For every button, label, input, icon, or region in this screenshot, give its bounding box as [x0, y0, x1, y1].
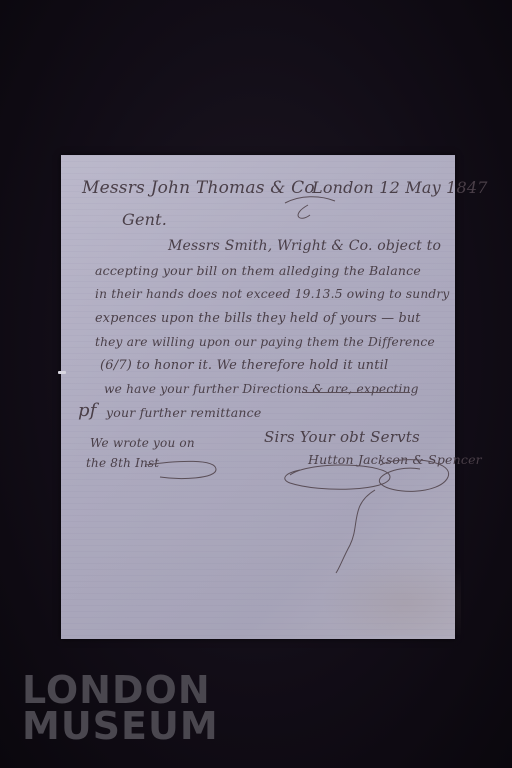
ink-dash — [302, 392, 410, 393]
body-line: they are willing upon our paying them th… — [95, 335, 435, 349]
body-line: accepting your bill on them alledging th… — [95, 263, 421, 278]
body-line: we have your further Directions & are, e… — [104, 382, 419, 396]
date-flourish-icon — [280, 165, 340, 225]
body-line: Messrs Smith, Wright & Co. object to — [168, 238, 441, 254]
body-line: in their hands does not exceed 19.13.5 o… — [95, 287, 449, 301]
archive-photo-slide: Messrs John Thomas & Co London 12 May 18… — [0, 0, 512, 768]
paper-edge-mark — [58, 371, 66, 374]
marginal-mark: pf — [78, 400, 97, 421]
signature-flourish-icon — [280, 455, 460, 585]
marginal-note-line: We wrote you on — [90, 436, 195, 450]
logo-line-2: MUSEUM — [22, 708, 219, 744]
closing: Sirs Your obt Servts — [264, 428, 420, 446]
london-museum-logo: LONDON MUSEUM — [22, 672, 219, 744]
body-line: expences upon the bills they held of you… — [95, 311, 421, 326]
salutation: Gent. — [122, 210, 167, 229]
body-line: (6/7) to honor it. We therefore hold it … — [100, 358, 388, 373]
body-line: your further remittance — [106, 405, 261, 420]
marginal-flourish-icon — [140, 455, 220, 485]
logo-line-1: LONDON — [22, 672, 219, 708]
